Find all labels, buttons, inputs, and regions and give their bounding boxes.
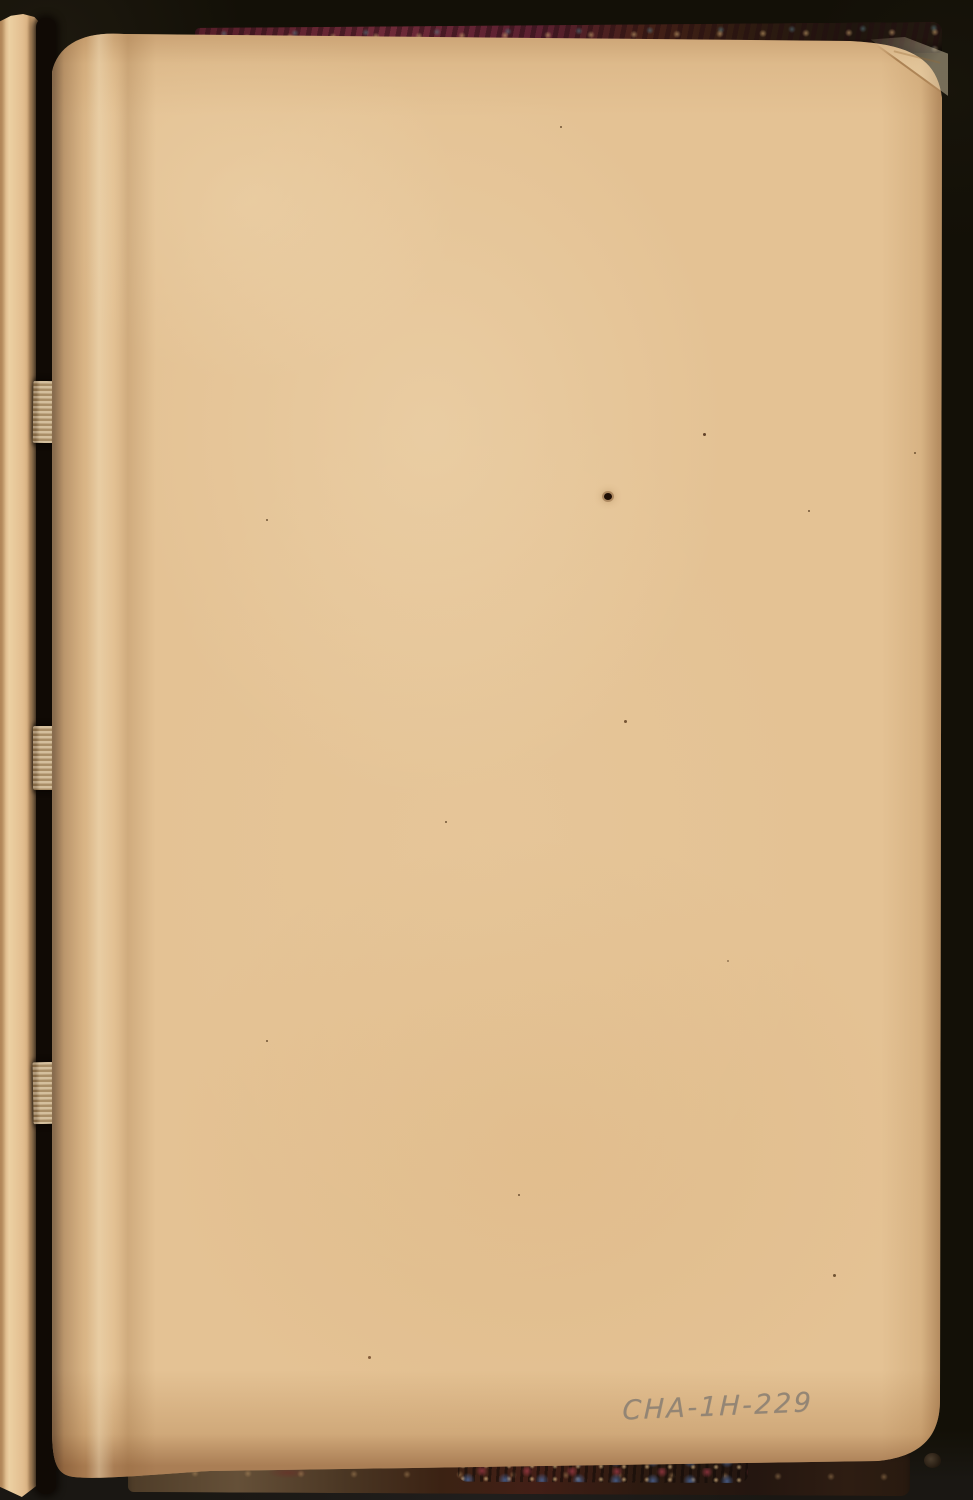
- foxing-speck: [624, 720, 627, 723]
- foxing-speck: [266, 1040, 268, 1042]
- foxing-speck: [368, 1356, 371, 1359]
- foxing-speck: [727, 960, 729, 962]
- foxing-speck: [703, 433, 706, 436]
- foxing-speck: [560, 126, 562, 128]
- foxing-speck: [808, 510, 810, 512]
- foxing-speck: [914, 452, 916, 454]
- blank-book-page: [0, 0, 973, 1500]
- foxing-speck: [266, 519, 268, 521]
- board-wear-mark: [924, 1453, 941, 1468]
- foxing-speck: [518, 1194, 520, 1196]
- foxing-speck: [833, 1274, 836, 1277]
- ink-spot: [604, 493, 612, 500]
- book-scan: CHA-1H-229: [0, 0, 973, 1500]
- foxing-speck: [445, 821, 447, 823]
